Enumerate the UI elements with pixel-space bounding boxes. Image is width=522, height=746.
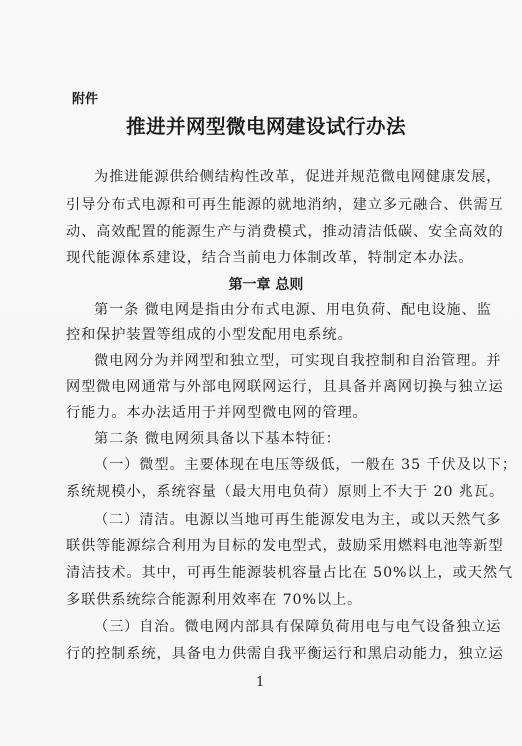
item-line: （三）自治。微电网内部具有保障负荷用电与电气设备独立运	[94, 618, 501, 636]
item-line: 联供等能源综合利用为目标的发电型式，鼓励采用燃料电池等新型	[66, 537, 504, 555]
item-line: 系统规模小，系统容量（最大用电负荷）原则上不大于 20 兆瓦。	[66, 483, 504, 501]
preamble-line: 动、高效配置的能源生产与消费模式，推动清洁低碳、安全高效的	[66, 223, 504, 241]
article-line: 第一条 微电网是指由分布式电源、用电负荷、配电设施、监	[94, 301, 492, 319]
item-line: （一）微型。主要体现在电压等级低，一般在 35 千伏及以下；	[94, 456, 517, 474]
item-line: 行的控制系统，具备电力供需自我平衡运行和黑启动能力，独立运	[66, 645, 504, 663]
article-line: 微电网分为并网型和独立型，可实现自我控制和自治管理。并	[94, 352, 501, 370]
item-line: 多联供系统综合能源利用效率在 70%以上。	[66, 591, 362, 609]
item-line: （二）清洁。电源以当地可再生能源发电为主，或以天然气多	[94, 511, 501, 529]
preamble-line: 现代能源体系建设，结合当前电力体制改革，特制定本办法。	[66, 249, 473, 267]
document-page: 附件 推进并网型微电网建设试行办法 为推进能源供给侧结构性改革，促进并规范微电网…	[0, 0, 522, 746]
preamble-line: 引导分布式电源和可再生能源的就地消纳，建立多元融合、供需互	[66, 196, 504, 214]
document-title: 推进并网型微电网建设试行办法	[0, 111, 522, 139]
article-line: 第二条 微电网须具备以下基本特征：	[94, 430, 341, 448]
preamble-line: 为推进能源供给侧结构性改革，促进并规范微电网健康发展，	[94, 168, 501, 186]
article-line: 控和保护装置等组成的小型发配用电系统。	[66, 326, 353, 344]
chapter-heading: 第一章 总则	[0, 274, 522, 294]
attachment-label: 附件	[72, 88, 98, 107]
article-line: 行能力。本办法适用于并网型微电网的管理。	[66, 404, 368, 422]
article-line: 网型微电网通常与外部电网联网运行，且具备并离网切换与独立运	[66, 378, 504, 396]
page-number: 1	[256, 675, 264, 690]
item-line: 清洁技术。其中，可再生能源装机容量占比在 50%以上，或天然气	[66, 564, 513, 582]
